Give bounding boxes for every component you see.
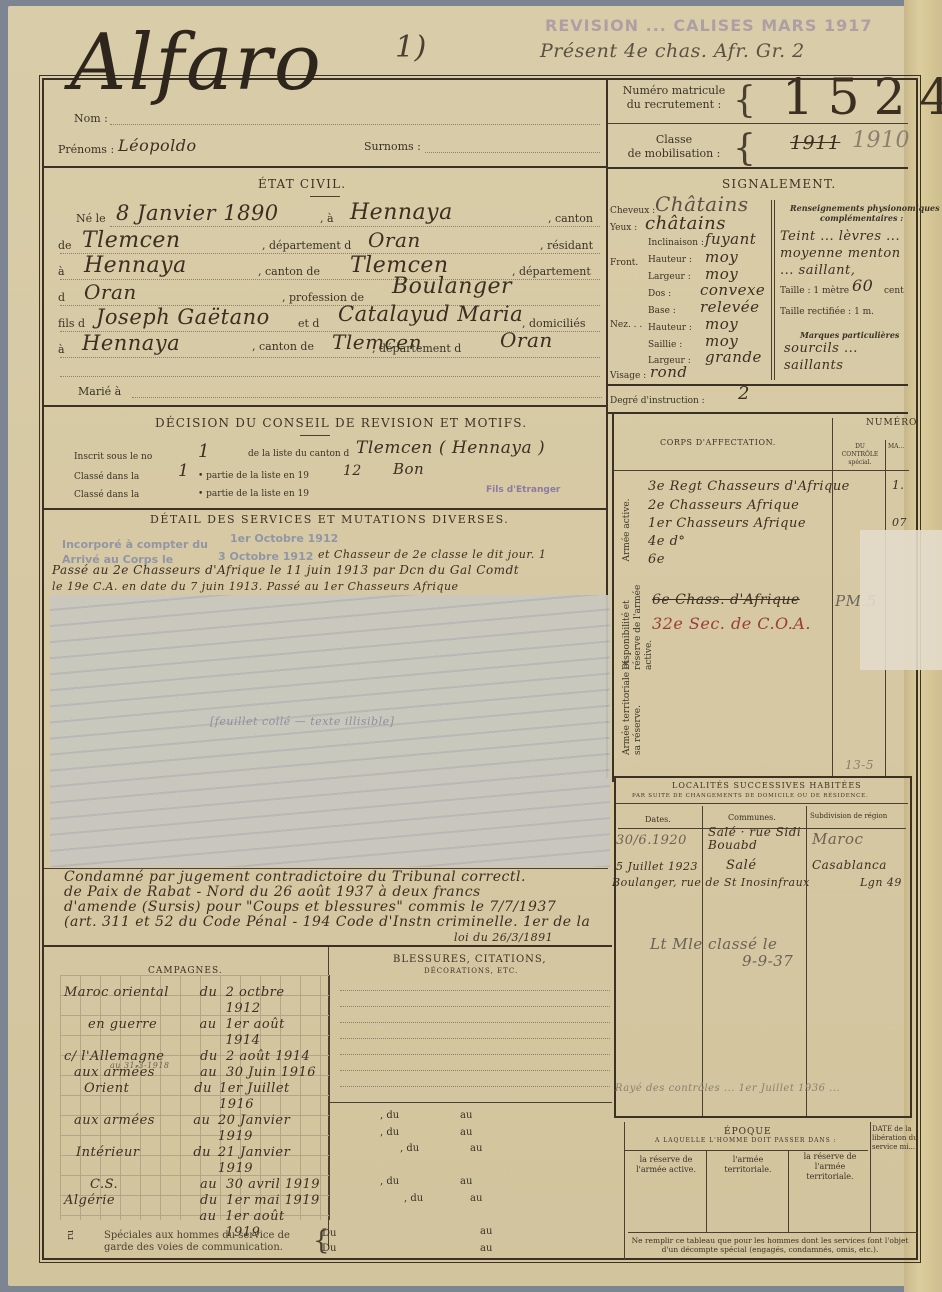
campagne-prep: du <box>193 1145 218 1177</box>
fils-etranger-stamp: Fils d'Etranger <box>486 485 560 495</box>
front-label: Front. <box>610 258 638 268</box>
localites-note-2: 9-9-37 <box>742 952 793 970</box>
dotted-line <box>132 397 602 398</box>
localite-subdivision: Casablanca <box>812 858 887 872</box>
localite-date: Boulanger, rue de St Inosinfraux <box>612 876 810 889</box>
liste-canton-label: de la liste du canton d <box>248 449 349 459</box>
localites-note-1: Lt Mle classé le <box>650 935 777 953</box>
dotted-line <box>340 1086 610 1087</box>
nez-largeur-value: grande <box>705 348 762 366</box>
speciales-du: Du <box>322 1228 336 1239</box>
classe1-label: Classé dans la <box>74 472 139 482</box>
dotted-line <box>340 1006 610 1007</box>
corps-entry-num: 07 <box>892 516 907 529</box>
epoque-date-header: DATE de la libération du service mi... <box>872 1125 922 1165</box>
condamnation-line2: de Paix de Rabat - Nord du 26 août 1937 … <box>64 885 590 900</box>
divider <box>330 1102 612 1103</box>
a2-label: à <box>58 265 65 278</box>
renseignements-label-2: complémentaires : <box>820 213 903 223</box>
campagne-prep: du <box>200 1049 226 1065</box>
campagne-prep: au <box>199 1017 225 1049</box>
dotted-line <box>340 990 610 991</box>
localite-commune: Salé <box>726 858 757 873</box>
campagne-date: 1er août 1914 <box>225 1017 324 1049</box>
localite-date: 5 Juillet 1923 <box>616 860 698 873</box>
campagnes-list: Maroc orientaldu2 octbre 1912 en guerrea… <box>64 985 324 1241</box>
localites-header-dates: Dates. <box>645 815 671 824</box>
base-value: relevée <box>700 298 759 316</box>
au-label: au <box>460 1110 472 1121</box>
campagne-date: 20 Janvier 1919 <box>218 1113 324 1145</box>
front-hauteur-value: moy <box>705 248 738 266</box>
front-hauteur-label: Hauteur : <box>648 255 692 265</box>
campagne-place: Orient <box>64 1081 194 1113</box>
marques-label: Marques particulières <box>800 330 899 340</box>
corps-entry-red: 32e Sec. de C.O.A. <box>652 614 811 633</box>
inclinaison-value: fuyant <box>705 230 756 248</box>
canton2-label: , canton de <box>258 265 320 278</box>
blessures-title: BLESSURES, CITATIONS, <box>393 954 547 965</box>
condamnation-text: Condamné par jugement contradictoire du … <box>64 870 590 945</box>
speciales-line1: Spéciales aux hommes du service de <box>104 1230 290 1242</box>
campagne-row: Maroc orientaldu2 octbre 1912 <box>64 985 324 1017</box>
divider <box>625 1150 868 1151</box>
campagne-prep: au <box>200 1177 226 1193</box>
au-label: au <box>460 1176 472 1187</box>
localites-left-border <box>614 776 616 1116</box>
controle-header: DU CONTRÔLE spécial. <box>838 443 882 467</box>
lieu-naissance: Hennaya <box>350 200 453 225</box>
matricule-label: Numéro matricule du recrutement : <box>618 84 730 112</box>
campagne-date: 1er Juillet 1916 <box>219 1081 324 1113</box>
classe-label-line1: Classe <box>618 133 730 147</box>
signalement-divider <box>771 200 772 380</box>
top-annotation: Présent 4e chas. Afr. Gr. 2 <box>540 40 805 62</box>
campagne-date: 2 août 1914 <box>226 1049 310 1065</box>
dotted-line <box>60 376 600 377</box>
du-label: , du <box>404 1193 423 1204</box>
paper-patch <box>860 530 942 670</box>
canton-value: Tlemcen <box>82 228 181 253</box>
brace-icon: { <box>733 80 756 121</box>
divider <box>613 470 909 471</box>
visage-value: rond <box>650 363 687 381</box>
epoque-left-border <box>624 1122 625 1260</box>
surnoms-label: Surnoms : <box>364 140 421 153</box>
classe-label-line2: de mobilisation : <box>618 147 730 161</box>
signalement-title: SIGNALEMENT. <box>722 177 836 191</box>
campagne-row: C.S.au30 avril 1919 <box>64 1177 324 1193</box>
classe-value: 1910 <box>852 128 910 153</box>
campagne-prep: au <box>193 1113 218 1145</box>
campagne-row: en guerreau1er août 1914 <box>64 1017 324 1049</box>
dotted-line <box>60 279 600 280</box>
nom-value: Alfaro <box>70 18 323 108</box>
speciales-side-mark: ru <box>66 1230 76 1240</box>
campagne-place: C.S. <box>64 1177 200 1193</box>
departement2-value: Oran <box>84 280 137 304</box>
nom-line <box>110 124 600 125</box>
campagnes-correction: au 31-3-1918 <box>110 1061 170 1070</box>
campagne-row: Orientdu1er Juillet 1916 <box>64 1081 324 1113</box>
divider <box>608 123 908 124</box>
localites-header-subdivision: Subdivision de région <box>810 812 887 820</box>
incorpore-label: Incorporé à compter du <box>62 538 208 551</box>
corps-entry-struck: 6e Chass. d'Afrique <box>652 592 800 608</box>
campagne-row: aux arméesau30 Juin 1916 <box>64 1065 324 1081</box>
divider <box>44 508 608 510</box>
departement-label: , département d <box>262 239 351 252</box>
campagne-place: Algérie <box>64 1193 200 1209</box>
campagne-row: aux arméesau20 Janvier 1919 <box>64 1113 324 1145</box>
epoque-col-reserve-territoriale: la réserve de l'armée territoriale. <box>792 1152 868 1182</box>
localites-title: LOCALITÉS SUCCESSIVES HABITÉES <box>672 781 862 790</box>
taille-value: 60 <box>852 276 873 295</box>
departement3-label: , département d <box>372 342 461 355</box>
renseignements-value: Teint ... lèvres ... moyenne menton ... … <box>780 228 908 280</box>
front-largeur-label: Largeur : <box>648 272 691 282</box>
canton-label: , canton <box>548 212 593 225</box>
pere: Joseph Gaëtano <box>96 305 270 329</box>
services-line3: le 19e C.A. en date du 7 juin 1913. Pass… <box>52 580 459 593</box>
title-underline <box>300 435 330 436</box>
taille-rectifiee-label: Taille rectifiée : 1 m. <box>780 307 874 317</box>
epoque-subtitle: A LAQUELLE L'HOMME DOIT PASSER DANS : <box>655 1137 837 1144</box>
inscrit-label: Inscrit sous le no <box>74 452 152 462</box>
margin-mark: 1) <box>395 30 427 65</box>
matricule-value: 1524 <box>782 68 942 126</box>
base-label: Base : <box>648 306 676 316</box>
signalement-divider <box>774 200 775 380</box>
departement3-value: Oran <box>500 328 553 352</box>
du-label: , du <box>380 1127 399 1138</box>
divider <box>44 166 608 168</box>
campagne-date: 30 Juin 1916 <box>226 1065 316 1081</box>
condamnation-line1: Condamné par jugement contradictoire du … <box>64 870 590 885</box>
campagne-date: 1er mai 1919 <box>226 1193 320 1209</box>
pasted-note-overlay: [feuillet collé — texte illisible] <box>50 595 610 867</box>
a-label: , à <box>320 212 334 225</box>
corps-entry: 2e Chasseurs Afrique <box>648 498 799 513</box>
divider <box>606 412 908 414</box>
fils-label: fils d <box>58 317 85 330</box>
divider <box>606 167 908 169</box>
et-label: et d <box>298 317 319 330</box>
campagne-prep: du <box>200 1193 226 1209</box>
arrive-value: 3 Octobre 1912 <box>218 550 313 563</box>
au-label: au <box>460 1127 472 1138</box>
speciales-du: Du <box>322 1243 336 1254</box>
divider <box>44 405 608 407</box>
speciales-line2: garde des voies de communication. <box>104 1242 290 1254</box>
canton3-label: , canton de <box>252 340 314 353</box>
corps-bottom-note: 13-5 <box>845 758 874 772</box>
group-armee-active: Armée active. <box>622 490 632 570</box>
liste-canton-value: Tlemcen ( Hennaya ) <box>356 438 545 458</box>
incorpore-value: 1er Octobre 1912 <box>230 532 338 545</box>
corps-column-divider <box>832 418 833 776</box>
surnoms-line <box>425 152 600 153</box>
campagne-place: aux armées <box>64 1113 193 1145</box>
a3-label: à <box>58 343 65 356</box>
campagne-date: 2 octbre 1912 <box>226 985 324 1017</box>
degre-label: Degré d'instruction : <box>610 396 705 406</box>
campagne-prep: au <box>200 1065 226 1081</box>
services-line2: Passé au 2e Chasseurs d'Afrique le 11 ju… <box>52 563 519 577</box>
brace-icon: { <box>733 128 756 169</box>
campagne-row: Algériedu1er mai 1919 <box>64 1193 324 1209</box>
divider <box>616 803 908 804</box>
campagne-place: Maroc oriental <box>64 985 200 1017</box>
matricule-label-line1: Numéro matricule <box>618 84 730 98</box>
condamnation-line5: loi du 26/3/1891 <box>64 930 590 945</box>
dotted-line <box>110 226 600 227</box>
services-title: DÉTAIL DES SERVICES ET MUTATIONS DIVERSE… <box>150 513 509 526</box>
speciales-au: au <box>480 1243 492 1254</box>
renseignements-label: Renseignements physionomiques <box>790 203 940 213</box>
ne-le-value: 8 Janvier 1890 <box>116 201 279 225</box>
dos-value: convexe <box>700 281 765 299</box>
divider <box>612 776 910 778</box>
au-label: au <box>470 1143 482 1154</box>
de-label: de <box>58 239 72 252</box>
d-label: d <box>58 291 65 304</box>
divider <box>606 384 908 386</box>
campagne-place: Intérieur <box>64 1145 193 1177</box>
localite-subdivision: Lgn 49 <box>860 876 902 889</box>
departement2-label: , département <box>512 265 591 278</box>
nez-hauteur-label: Hauteur : <box>648 323 692 333</box>
localites-subtitle: PAR SUITE DE CHANGEMENTS DE DOMICILE OU … <box>632 793 869 799</box>
domicile: Hennaya <box>82 331 180 355</box>
overlay-note: [feuillet collé — texte illisible] <box>210 715 394 728</box>
dos-label: Dos : <box>648 289 671 299</box>
corps-entry: 3e Regt Chasseurs d'Afrique <box>648 478 850 495</box>
divider <box>628 1232 918 1233</box>
dotted-line <box>340 1038 610 1039</box>
profession-value: Boulanger <box>392 274 512 299</box>
partie2-label: • partie de la liste en 19 <box>198 489 309 499</box>
prenoms-label: Prénoms : <box>58 143 114 156</box>
saillie-label: Saillie : <box>648 340 682 350</box>
taille-label: Taille : 1 mètre <box>780 286 849 296</box>
marie-label: Marié à <box>78 385 121 398</box>
numero-header: NUMÉRO <box>866 418 917 428</box>
localite-commune: Salé · rue Sidi Bouabd <box>708 826 806 852</box>
speciales-text: Spéciales aux hommes du service de garde… <box>104 1230 290 1254</box>
speciales-au: au <box>480 1226 492 1237</box>
epoque-col-territoriale: l'armée territoriale. <box>710 1155 786 1175</box>
epoque-col-divider <box>788 1150 789 1232</box>
inscrit-value: 1 <box>198 441 210 462</box>
departement-value: Oran <box>368 228 421 252</box>
ne-le-label: Né le <box>76 212 106 225</box>
epoque-col-reserve-active: la réserve de l'armée active. <box>628 1155 704 1175</box>
residant-label: , résidant <box>540 239 593 252</box>
matricule-label-line2: du recrutement : <box>618 98 730 112</box>
dotted-line <box>340 1070 610 1071</box>
corps-entry: 1er Chasseurs Afrique <box>648 516 806 531</box>
dotted-line <box>340 1054 610 1055</box>
dotted-line <box>340 1022 610 1023</box>
col2-header: MA... <box>888 443 904 450</box>
campagne-prep: du <box>200 985 226 1017</box>
dotted-line <box>60 357 600 358</box>
localites-pencil-note: Rayé des contrôles ... 1er Juillet 1936 … <box>615 1083 840 1094</box>
partie1-note: Bon <box>393 460 424 478</box>
localite-subdivision: Maroc <box>812 830 863 848</box>
epoque-col-divider <box>706 1150 707 1232</box>
nez-label: Nez. . . <box>610 320 642 330</box>
title-underline <box>310 196 340 197</box>
localite-date: 30/6.1920 <box>616 833 687 848</box>
classe2-label: Classé dans la <box>74 490 139 500</box>
localites-col-divider <box>702 806 703 1116</box>
nez-hauteur-value: moy <box>705 315 738 333</box>
classe-value-struck: 1911 <box>790 132 840 154</box>
mere: Catalayud Maria <box>338 302 523 326</box>
localites-right-border <box>910 776 912 1116</box>
localites-col-divider <box>806 806 807 1116</box>
nom-label: Nom : <box>74 112 108 125</box>
top-stamp: REVISION ... CALISES MARS 1917 <box>545 16 873 35</box>
partie1-year: 12 <box>343 463 362 479</box>
divider <box>614 1116 912 1118</box>
epoque-note: Ne remplir ce tableau que pour les homme… <box>630 1236 910 1254</box>
degre-value: 2 <box>738 383 750 404</box>
etat-civil-title: ÉTAT CIVIL. <box>258 177 346 191</box>
condamnation-line3: d'amende (Sursis) pour "Coups et blessur… <box>64 900 590 915</box>
corps-entry: 6e <box>648 552 665 567</box>
corps-left-border <box>612 412 614 782</box>
blessures-subtitle: DÉCORATIONS, ETC. <box>424 967 518 975</box>
localites-header-communes: Communes. <box>728 813 776 822</box>
corps-title: CORPS D'AFFECTATION. <box>660 438 776 447</box>
campagne-place: en guerre <box>64 1017 199 1049</box>
campagne-row: Intérieurdu21 Janvier 1919 <box>64 1145 324 1177</box>
residence: Hennaya <box>84 253 187 278</box>
campagne-date: 21 Janvier 1919 <box>218 1145 324 1177</box>
classe-label: Classe de mobilisation : <box>618 133 730 161</box>
visage-label: Visage : <box>610 371 646 381</box>
campagne-prep: du <box>194 1081 219 1113</box>
group-territoriale: Armée territoriale et sa réserve. <box>622 655 644 755</box>
du-label: , du <box>380 1176 399 1187</box>
partie1-label: • partie de la liste en 19 <box>198 471 309 481</box>
taille-unit: cent <box>884 286 904 296</box>
epoque-title: ÉPOQUE <box>724 1127 772 1137</box>
inclinaison-label: Inclinaison : <box>648 238 704 248</box>
prenoms-value: Léopoldo <box>118 136 197 155</box>
condamnation-line4: (art. 311 et 52 du Code Pénal - 194 Code… <box>64 915 590 930</box>
corps-entry-num: 1. <box>892 478 904 492</box>
decision-title: DÉCISION DU CONSEIL DE REVISION ET MOTIF… <box>155 416 527 430</box>
yeux-label: Yeux : <box>610 223 637 233</box>
du-label: , du <box>380 1110 399 1121</box>
classe1-value: 1 <box>178 461 189 481</box>
campagne-date: 30 avril 1919 <box>226 1177 320 1193</box>
marques-value: sourcils ... saillants <box>784 340 908 374</box>
au-label: au <box>470 1193 482 1204</box>
campagne-row: c/ l'Allemagnedu2 août 1914 <box>64 1049 324 1065</box>
services-line1: et Chasseur de 2e classe le dit jour. 1 <box>318 548 546 561</box>
corps-entry: 4e d° <box>648 534 685 549</box>
epoque-col-divider <box>870 1122 871 1232</box>
du-label: , du <box>400 1143 419 1154</box>
